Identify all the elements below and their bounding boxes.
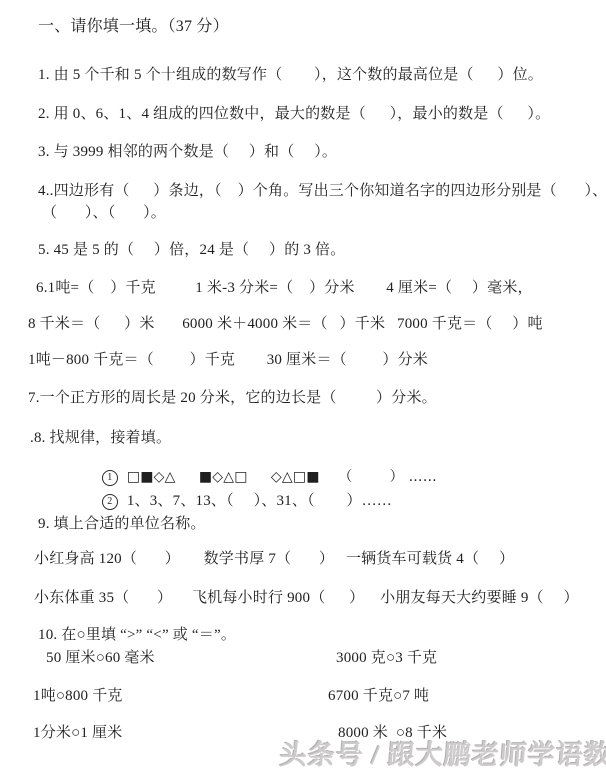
question-6-line-1: 6.1吨=（ ）千克 1 米-3 分米=（ ）分米 4 厘米=（ ）毫米， <box>36 280 533 297</box>
question-3: 3. 与 3999 相邻的两个数是（ ）和（ ）。 <box>38 144 337 161</box>
question-4-line-1: 4..四边形有（ ）条边，（ ）个角。写出三个你知道名字的四边形分别是（ ）、 <box>38 183 606 200</box>
question-6-line-2: 8 千米＝（ ）米 6000 米＋4000 米＝（ ）千米 7000 千克＝（ … <box>28 316 543 333</box>
q10-row-3-left: 1分米○1 厘米 <box>33 725 122 742</box>
question-4-line-2: （ ）、（ ）。 <box>42 205 166 222</box>
section-title: 一、请你填一填。（37 分） <box>38 18 229 35</box>
question-1: 1. 由 5 个千和 5 个十组成的数写作（ ），这个数的最高位是（ ）位。 <box>38 67 543 84</box>
watermark: 头条号 / 跟大鹏老师学语数 <box>279 733 606 768</box>
question-9-title: 9. 填上合适的单位名称。 <box>38 516 206 533</box>
question-7: 7.一个正方形的周长是 20 分米，它的边长是（ ）分米。 <box>28 390 437 407</box>
q10-row-1-left: 50 厘米○60 毫米 <box>46 650 155 667</box>
question-5: 5. 45 是 5 的（ ）倍，24 是（ ）的 3 倍。 <box>38 242 345 259</box>
q10-row-2-left: 1吨○800 千克 <box>33 688 123 705</box>
number-sequence: 1、3、7、13、（ ）、31、（ ）…… <box>127 493 392 509</box>
q10-row-1-right: 3000 克○3 千克 <box>336 650 437 667</box>
circled-number-2: 2 <box>102 494 118 510</box>
q10-row-2-right: 6700 千克○7 吨 <box>328 688 429 705</box>
question-10-title: 10. 在○里填 “>” “<” 或 “＝”。 <box>38 627 236 644</box>
question-8-title: .8. 找规律，接着填。 <box>30 430 171 447</box>
question-2: 2. 用 0、6、1、4 组成的四位数中，最大的数是（ ），最小的数是（ ）。 <box>38 106 550 123</box>
worksheet-page: 一、请你填一填。（37 分） 1. 由 5 个千和 5 个十组成的数写作（ ），… <box>0 0 606 768</box>
question-9-line-1: 小红身高 120（ ） 数学书厚 7（ ） 一辆货车可载货 4（ ） <box>34 551 514 568</box>
question-6-line-3: 1吨－800 千克＝（ ）千克 30 厘米＝（ ）分米 <box>28 352 428 369</box>
question-9-line-2: 小东体重 35（ ） 飞机每小时行 900（ ） 小朋友每天大约要睡 9（ ） <box>34 590 579 607</box>
